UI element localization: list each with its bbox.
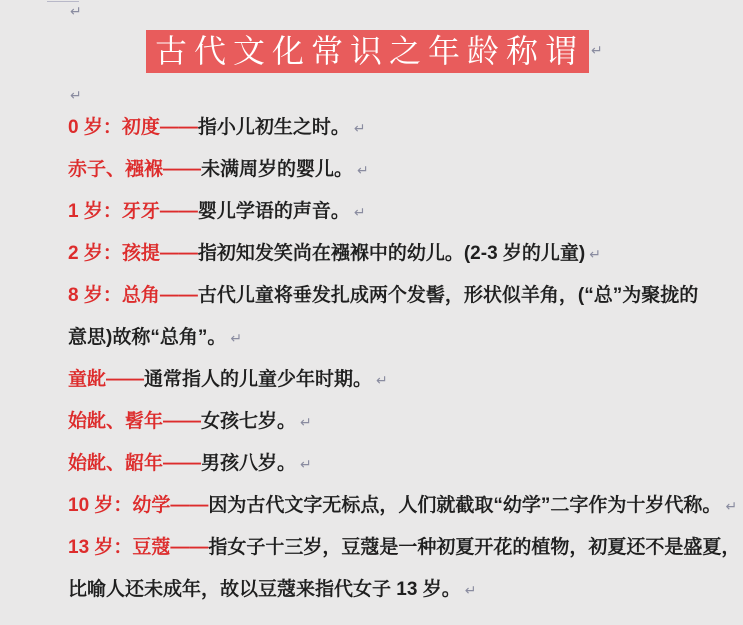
age-term: 8 岁：总角—— bbox=[68, 285, 198, 306]
text-line: 10 岁：幼学——因为古代文字无标点，人们就截取“幼学”二字作为十岁代称。↵ bbox=[68, 485, 713, 527]
paragraph-mark-icon: ↵ bbox=[465, 583, 477, 599]
text-line: 童龀——通常指人的儿童少年时期。↵ bbox=[68, 359, 713, 401]
document-page: ↵ 古代文化常识之年龄称谓↵ ↵ 0 岁：初度——指小儿初生之时。↵ 赤子、襁褓… bbox=[0, 0, 743, 625]
paragraph-mark-icon: ↵ bbox=[589, 247, 601, 263]
age-term: 2 岁：孩提—— bbox=[68, 243, 198, 264]
explanation-text: 指小儿初生之时。 bbox=[198, 117, 350, 138]
age-term: 10 岁：幼学—— bbox=[68, 495, 208, 516]
age-term: 始龀、龆年—— bbox=[68, 453, 201, 474]
document-body: 0 岁：初度——指小儿初生之时。↵ 赤子、襁褓——未满周岁的婴儿。↵ 1 岁：牙… bbox=[68, 107, 713, 611]
text-line: 始龀、髫年——女孩七岁。↵ bbox=[68, 401, 713, 443]
paragraph-mark-icon: ↵ bbox=[725, 499, 737, 515]
explanation-text: 指女子十三岁，豆蔻是一种初夏开花的植物，初夏还不是盛夏， bbox=[208, 537, 740, 558]
paragraph-mark-icon: ↵ bbox=[300, 415, 312, 431]
paragraph-mark-icon: ↵ bbox=[354, 205, 366, 221]
paragraph-mark-icon: ↵ bbox=[230, 331, 242, 347]
age-term: 13 岁：豆蔻—— bbox=[68, 537, 208, 558]
text-line: 8 岁：总角——古代儿童将垂发扎成两个发髻，形状似羊角，(“总”为聚拢的 bbox=[68, 275, 713, 317]
paragraph-mark-icon: ↵ bbox=[376, 373, 388, 389]
age-term: 始龀、髫年—— bbox=[68, 411, 201, 432]
explanation-text: 男孩八岁。 bbox=[201, 453, 296, 474]
text-line: 0 岁：初度——指小儿初生之时。↵ bbox=[68, 107, 713, 149]
age-term: 童龀—— bbox=[68, 369, 144, 390]
text-line: 2 岁：孩提——指初知发笑尚在襁褓中的幼儿。(2-3 岁的儿童)↵ bbox=[68, 233, 713, 275]
paragraph-mark-icon: ↵ bbox=[591, 43, 603, 59]
explanation-text: 意思)故称“总角”。 bbox=[68, 327, 226, 348]
age-term: 0 岁：初度—— bbox=[68, 117, 198, 138]
paragraph-mark-icon: ↵ bbox=[70, 88, 82, 104]
age-term: 赤子、襁褓—— bbox=[68, 159, 201, 180]
page-title: 古代文化常识之年龄称谓 bbox=[146, 30, 589, 73]
text-line: 1 岁：牙牙——婴儿学语的声音。↵ bbox=[68, 191, 713, 233]
paragraph-mark-icon: ↵ bbox=[300, 457, 312, 473]
explanation-text: 因为古代文字无标点，人们就截取“幼学”二字作为十岁代称。 bbox=[208, 495, 721, 516]
text-line: 赤子、襁褓——未满周岁的婴儿。↵ bbox=[68, 149, 713, 191]
text-line: 比喻人还未成年，故以豆蔻来指代女子 13 岁。↵ bbox=[68, 569, 713, 611]
explanation-text: 指初知发笑尚在襁褓中的幼儿。(2-3 岁的儿童) bbox=[198, 243, 585, 264]
title-row: 古代文化常识之年龄称谓↵ bbox=[146, 30, 603, 73]
explanation-text: 女孩七岁。 bbox=[201, 411, 296, 432]
text-line: 13 岁：豆蔻——指女子十三岁，豆蔻是一种初夏开花的植物，初夏还不是盛夏， bbox=[68, 527, 713, 569]
paragraph-mark-icon: ↵ bbox=[70, 4, 82, 20]
paragraph-mark-icon: ↵ bbox=[357, 163, 369, 179]
text-line: 意思)故称“总角”。↵ bbox=[68, 317, 713, 359]
text-boundary-marker bbox=[47, 1, 79, 2]
explanation-text: 比喻人还未成年，故以豆蔻来指代女子 13 岁。 bbox=[68, 579, 461, 600]
explanation-text: 古代儿童将垂发扎成两个发髻，形状似羊角，(“总”为聚拢的 bbox=[198, 285, 698, 306]
explanation-text: 通常指人的儿童少年时期。 bbox=[144, 369, 372, 390]
explanation-text: 婴儿学语的声音。 bbox=[198, 201, 350, 222]
paragraph-mark-icon: ↵ bbox=[354, 121, 366, 137]
explanation-text: 未满周岁的婴儿。 bbox=[201, 159, 353, 180]
age-term: 1 岁：牙牙—— bbox=[68, 201, 198, 222]
text-line: 始龀、龆年——男孩八岁。↵ bbox=[68, 443, 713, 485]
